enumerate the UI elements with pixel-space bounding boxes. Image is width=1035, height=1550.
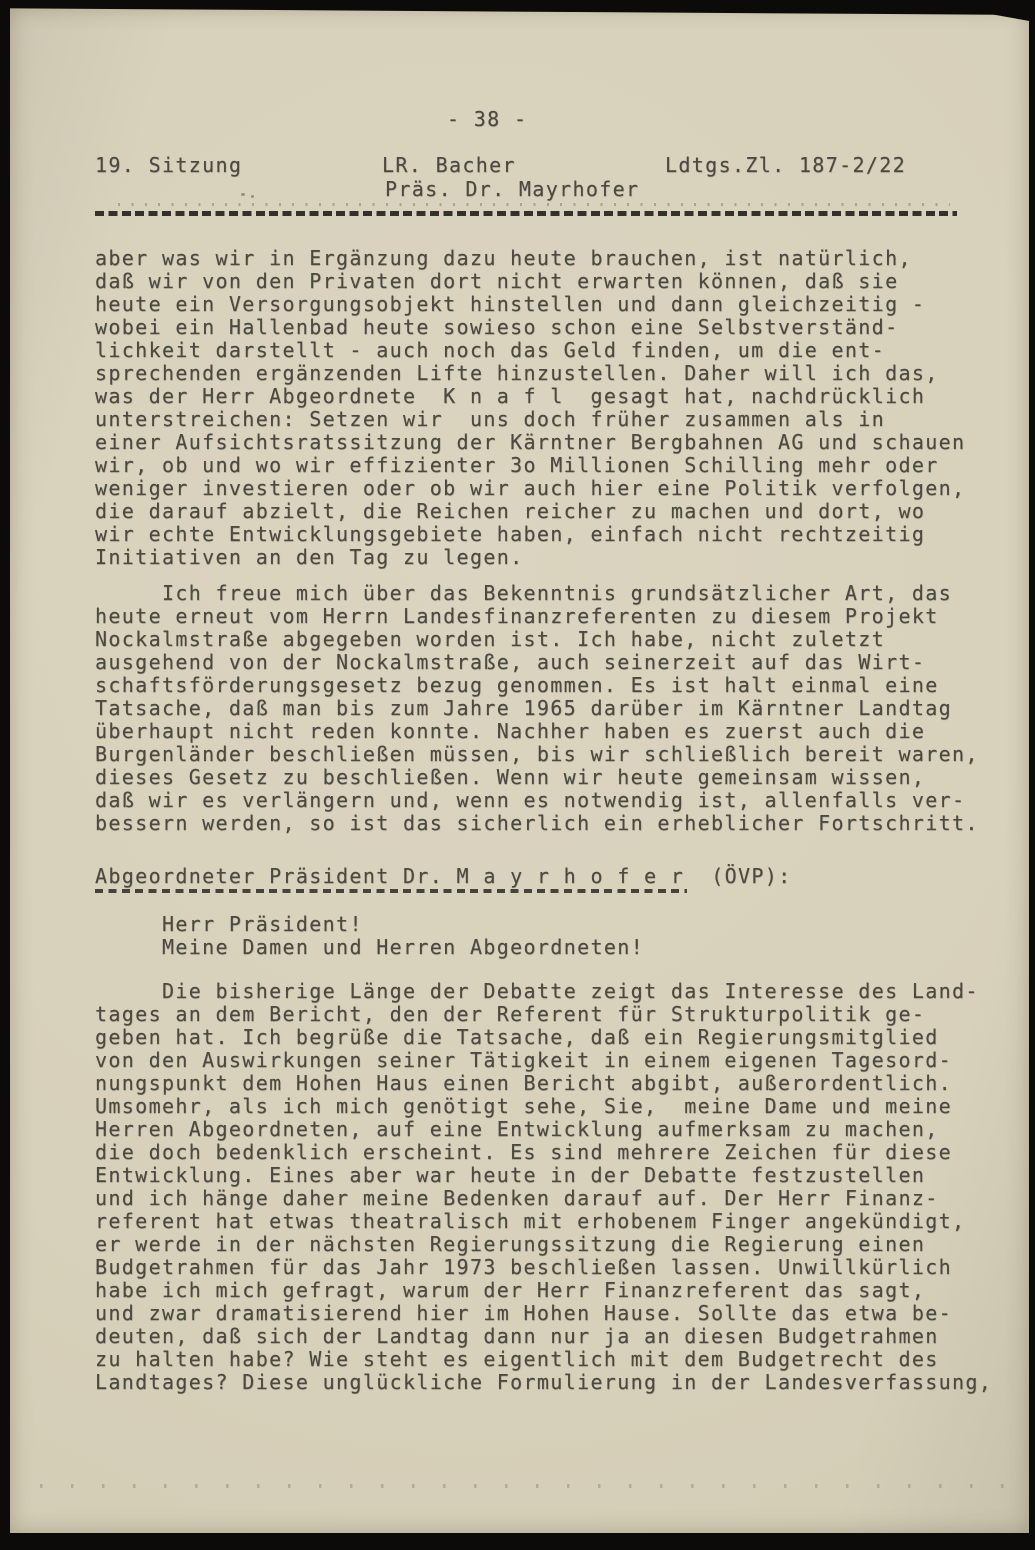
scan-border-right — [1029, 0, 1035, 1550]
scan-speck — [241, 193, 245, 196]
paragraph-bacher-speech-1: aber was wir in Ergänzung dazu heute bra… — [95, 247, 1015, 569]
paragraph-mayrhofer-speech: Die bisherige Länge der Debatte zeigt da… — [95, 980, 1015, 1394]
scan-border-left — [0, 0, 10, 1550]
header-separator-dashed-line — [95, 211, 957, 216]
speaker-heading: Abgeordneter Präsident Dr. M a y r h o f… — [95, 865, 792, 888]
paragraph-bacher-speech-2: Ich freue mich über das Bekenntnis grund… — [95, 582, 1015, 835]
header-president-reference: Präs. Dr. Mayrhofer — [385, 178, 639, 201]
header-file-number: Ldtgs.Zl. 187-2/22 — [665, 154, 906, 177]
scan-artifact-dotted-row — [118, 203, 950, 206]
scan-border-bottom — [0, 1533, 1035, 1550]
header-session-number: 19. Sitzung — [95, 154, 242, 177]
salutation-lines: Herr Präsident! Meine Damen und Herren A… — [95, 913, 1015, 959]
speaker-name-dashed-underline — [95, 889, 687, 893]
header-speaker-reference: LR. Bacher — [382, 154, 516, 177]
scanned-protocol-page: - 38 - 19. Sitzung LR. Bacher Ldtgs.Zl. … — [0, 0, 1035, 1550]
speaker-party-label: (ÖVP): — [711, 864, 791, 888]
scan-artifact-bleed-line — [40, 1484, 1015, 1488]
speaker-name: Abgeordneter Präsident Dr. M a y r h o f… — [95, 864, 684, 888]
paper-sheet: - 38 - 19. Sitzung LR. Bacher Ldtgs.Zl. … — [10, 8, 1029, 1533]
scan-speck — [251, 195, 254, 198]
page-number: - 38 - — [447, 108, 527, 131]
